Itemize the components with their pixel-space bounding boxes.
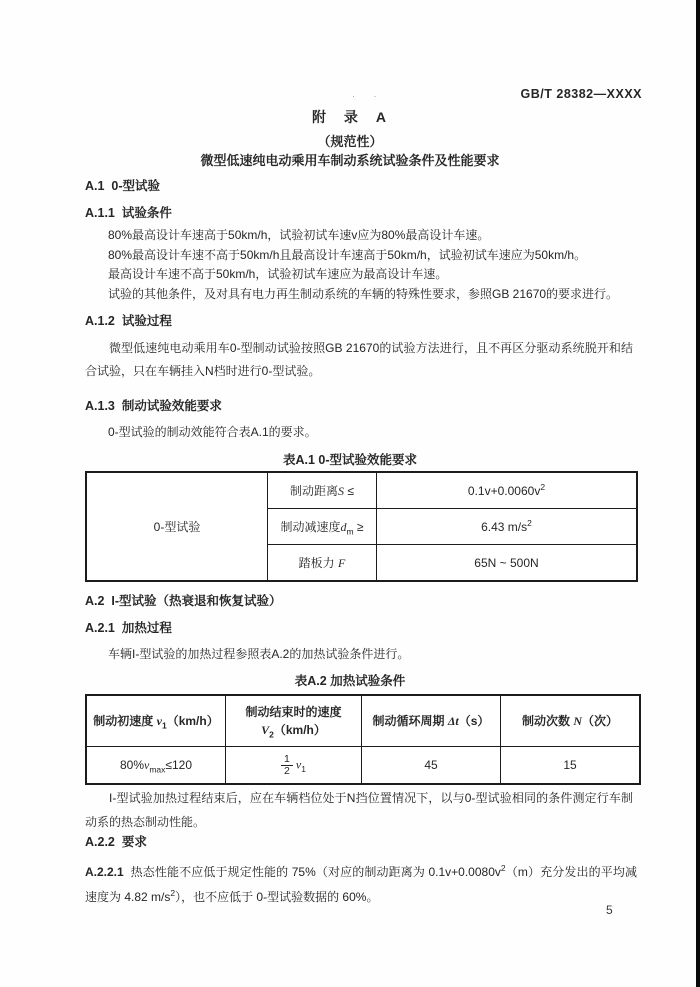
a11-conditions-list: 80%最高设计车速高于50km/h，试验初试车速v应为80%最高设计车速。 80…	[108, 226, 653, 304]
fraction-one-half: 12	[281, 754, 293, 777]
table-a2-header-row: 制动初速度 v1（km/h） 制动结束时的速度V2（km/h） 制动循环周期 Δ…	[86, 695, 640, 747]
heading-a2: A.2 I-型试验（热衰退和恢复试验）	[85, 591, 282, 609]
a221-clause-number: A.2.2.1	[85, 865, 124, 879]
a12-paragraph: 微型低速纯电动乘用车0-型制动试验按照GB 21670的试验方法进行，且不再区分…	[85, 337, 633, 382]
scan-artifact-dots: · ·	[352, 91, 385, 101]
table-a2-value-brake-count: 15	[501, 747, 641, 785]
table-a1: 0-型试验 制动距离S ≤ 0.1v+0.0060v2 制动减速度dm ≥ 6.…	[85, 471, 638, 582]
a2-after-table-paragraph: I-型试验加热过程结束后，应在车辆档位处于N挡位置情况下，以与0-型试验相同的条…	[85, 786, 633, 834]
heading-a1: A.1 0-型试验	[85, 176, 160, 194]
a221-paragraph: A.2.2.1 热态性能不应低于规定性能的 75%（对应的制动距离为 0.1v+…	[85, 860, 637, 910]
appendix-subject-title: 微型低速纯电动乘用车制动系统试验条件及性能要求	[0, 150, 700, 169]
table-a2-header-initial-speed: 制动初速度 v1（km/h）	[86, 695, 226, 747]
document-page: GB/T 28382—XXXX · · 附 录 A （规范性） 微型低速纯电动乘…	[0, 0, 700, 987]
a13-paragraph: 0-型试验的制动效能符合表A.1的要求。	[108, 423, 317, 440]
a11-line-4: 试验的其他条件，及对具有电力再生制动系统的车辆的特殊性要求，参照GB 21670…	[108, 285, 653, 305]
table-a1-label-pedal-force: 踏板力 F	[268, 545, 377, 582]
table-a2: 制动初速度 v1（km/h） 制动结束时的速度V2（km/h） 制动循环周期 Δ…	[85, 694, 641, 785]
table-a1-value-pedal-force: 65N ~ 500N	[377, 545, 638, 582]
table-a1-rowspan-header: 0-型试验	[86, 472, 268, 581]
table-a2-data-row: 80%vmax≤120 12v1 45 15	[86, 747, 640, 785]
table-a2-header-cycle-period: 制动循环周期 Δt（s）	[362, 695, 501, 747]
heading-a13: A.1.3 制动试验效能要求	[85, 396, 222, 414]
table-a2-value-cycle-period: 45	[362, 747, 501, 785]
appendix-normative-label: （规范性）	[0, 131, 700, 150]
standard-code: GB/T 28382—XXXX	[521, 87, 642, 101]
a11-line-2: 80%最高设计车速不高于50km/h且最高设计车速高于50km/h，试验初试车速…	[108, 246, 653, 266]
a11-line-1: 80%最高设计车速高于50km/h，试验初试车速v应为80%最高设计车速。	[108, 226, 653, 246]
appendix-title: 附 录 A	[0, 107, 700, 127]
table-a2-header-brake-count: 制动次数 N（次）	[501, 695, 641, 747]
heading-a12: A.1.2 试验过程	[85, 311, 172, 329]
table-a1-label-braking-distance: 制动距离S ≤	[268, 472, 377, 509]
table-a1-caption: 表A.1 0-型试验效能要求	[0, 450, 700, 468]
heading-a21: A.2.1 加热过程	[85, 618, 172, 636]
page-number: 5	[606, 903, 613, 917]
scan-edge-line	[696, 0, 700, 987]
a21-paragraph: 车辆I-型试验的加热过程参照表A.2的加热试验条件进行。	[108, 645, 409, 662]
table-a2-caption: 表A.2 加热试验条件	[0, 671, 700, 689]
table-a2-value-initial-speed: 80%vmax≤120	[86, 747, 226, 785]
table-a2-value-end-speed: 12v1	[226, 747, 362, 785]
table-a1-value-braking-distance: 0.1v+0.0060v2	[377, 472, 638, 509]
a11-line-3: 最高设计车速不高于50km/h，试验初试车速应为最高设计车速。	[108, 265, 653, 285]
table-a2-header-end-speed: 制动结束时的速度V2（km/h）	[226, 695, 362, 747]
table-a1-row-braking-distance: 0-型试验 制动距离S ≤ 0.1v+0.0060v2	[86, 472, 637, 509]
table-a1-value-deceleration: 6.43 m/s2	[377, 509, 638, 545]
table-a1-label-deceleration: 制动减速度dm ≥	[268, 509, 377, 545]
heading-a22: A.2.2 要求	[85, 832, 147, 850]
heading-a11: A.1.1 试验条件	[85, 203, 172, 221]
